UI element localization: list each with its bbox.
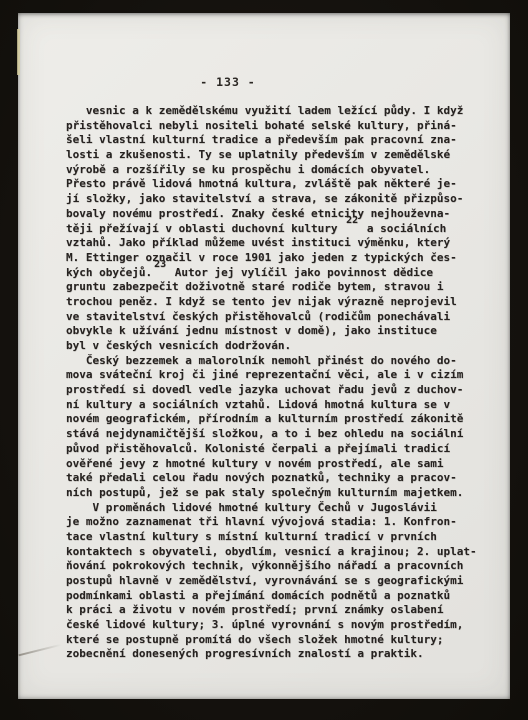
text-line: kontaktech s obyvateli, obydlím, vesnicí… xyxy=(66,545,486,560)
text-line: přistěhovalci nebyli nositeli bohaté sel… xyxy=(66,119,486,134)
text-line: stává nejdynamičtější složkou, a to i be… xyxy=(66,427,486,442)
scan-background: - 133 - vesnic a k zemědělskému využití … xyxy=(0,0,528,720)
text-line: zobecnění donesených progresívních znalo… xyxy=(66,647,486,662)
text-line: Přesto právě lidová hmotná kultura, zvlá… xyxy=(66,177,486,192)
paragraph: Český bezzemek a malorolník nemohl přiné… xyxy=(66,354,486,501)
footnote-ref: 22 xyxy=(344,215,360,226)
text-line: prostředí si dovedl vedle jazyka uchovat… xyxy=(66,383,486,398)
text-line: trochou peněz. I když se tento jev nijak… xyxy=(66,295,486,310)
text-line: obvykle k užívání jednu místnost v domě)… xyxy=(66,324,486,339)
body-text: vesnic a k zemědělskému využití ladem le… xyxy=(66,104,486,662)
paper-crease xyxy=(18,644,61,657)
text-line: ňování pokrokových technik, výkonnějšího… xyxy=(66,559,486,574)
text-line: ověřené jevy z hmotné kultury v novém pr… xyxy=(66,457,486,472)
text-line: tace vlastní kultury s místní kulturní t… xyxy=(66,530,486,545)
page-number: - 133 - xyxy=(18,75,438,89)
text-line: také předali celou řadu nových poznatků,… xyxy=(66,471,486,486)
text-line: vztahů. Jako příklad můžeme uvést instit… xyxy=(66,236,486,251)
text-line: losti a zkušenosti. Ty se uplatnily před… xyxy=(66,148,486,163)
text-line: původ přistěhovalců. Kolonisté čerpali a… xyxy=(66,442,486,457)
text-line: těji přežívají v oblasti duchovní kultur… xyxy=(66,222,486,237)
text-line: postupů hlavně v zemědělství, vyrovnáván… xyxy=(66,574,486,589)
text-line: novém geografickém, přírodním a kulturní… xyxy=(66,412,486,427)
footnote-ref: 23 xyxy=(152,259,168,270)
page-edge-artifact xyxy=(17,29,20,75)
text-line: ní kultury a sociálních vztahů. Lidová h… xyxy=(66,398,486,413)
text-line: V proměnách lidové hmotné kultury Čechů … xyxy=(66,501,486,516)
text-line: mova sváteční kroj či jiné reprezentační… xyxy=(66,368,486,383)
text-line: výrobě a rozšířily se ku prospěchu i dom… xyxy=(66,163,486,178)
text-line: k práci a životu v novém prostředí; prvn… xyxy=(66,603,486,618)
text-line: ních postupů, jež se pak staly společným… xyxy=(66,486,486,501)
text-line: vesnic a k zemědělskému využití ladem le… xyxy=(66,104,486,119)
text-line: Český bezzemek a malorolník nemohl přiné… xyxy=(66,354,486,369)
text-line: které se postupně promítá do všech slože… xyxy=(66,633,486,648)
text-line: kých obyčejů.23 Autor jej vylíčil jako p… xyxy=(66,266,486,281)
text-line: gruntu zabezpečit doživotně staré rodiče… xyxy=(66,280,486,295)
paragraph: V proměnách lidové hmotné kultury Čechů … xyxy=(66,501,486,663)
text-line: české lidové kultury; 3. úplné vyrovnání… xyxy=(66,618,486,633)
text-line: byl v českých vesnicích dodržován. xyxy=(66,339,486,354)
text-line: šeli vlastní kulturní tradice a předevší… xyxy=(66,133,486,148)
text-line: podmínkami oblasti a přejímání domácích … xyxy=(66,589,486,604)
text-line: jí složky, jako stavitelství a strava, s… xyxy=(66,192,486,207)
document-page: - 133 - vesnic a k zemědělskému využití … xyxy=(18,13,510,699)
text-line: ve stavitelství českých přistěhovalců (r… xyxy=(66,310,486,325)
text-line: M. Ettinger označil v roce 1901 jako jed… xyxy=(66,251,486,266)
text-line: bovaly novému prostředí. Znaky české etn… xyxy=(66,207,486,222)
text-line: je možno zaznamenat tři hlavní vývojová … xyxy=(66,515,486,530)
paragraph: vesnic a k zemědělskému využití ladem le… xyxy=(66,104,486,354)
